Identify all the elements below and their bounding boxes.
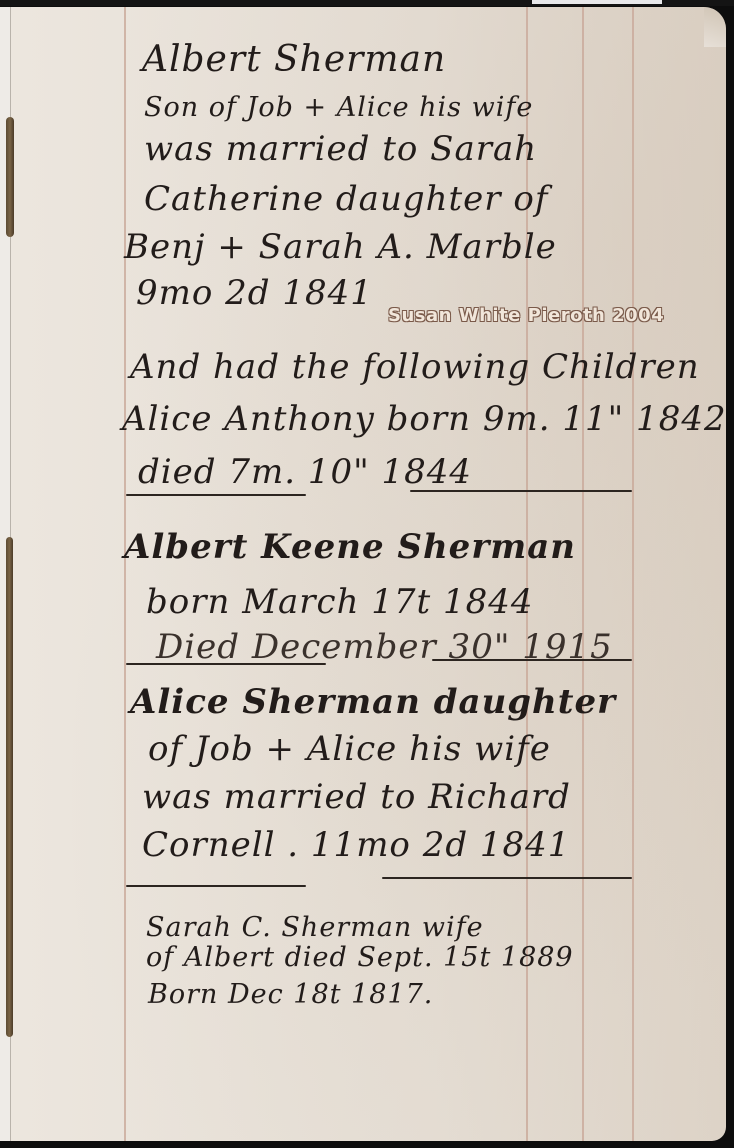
copyright-watermark: Susan White Pieroth 2004 xyxy=(388,305,664,326)
notebook-page: Albert Sherman Son of Job + Alice his wi… xyxy=(0,7,726,1141)
death-date-underline xyxy=(432,659,632,661)
entry-divider xyxy=(382,877,632,879)
entry-3-line-3: was married to Richard xyxy=(142,777,571,817)
binding-string xyxy=(6,537,13,1037)
entry-divider xyxy=(126,885,306,887)
scan-edge-highlight xyxy=(532,0,662,4)
entry-4-line-1: Sarah C. Sherman wife xyxy=(146,912,484,943)
margin-rule-line xyxy=(124,7,126,1141)
entry-divider xyxy=(410,490,632,492)
binding-string xyxy=(6,117,14,237)
entry-2-line-1: Albert Keene Sherman xyxy=(124,527,576,567)
entry-1-line-1: Albert Sherman xyxy=(142,39,446,80)
entry-2-line-3: Died December 30" 1915 xyxy=(156,627,613,667)
entry-2-line-2: born March 17t 1844 xyxy=(146,582,534,622)
entry-3-line-2: of Job + Alice his wife xyxy=(148,729,551,769)
column-rule-line xyxy=(632,7,634,1141)
scan-top-edge xyxy=(0,0,734,6)
entry-divider xyxy=(126,494,306,496)
entry-1-line-2: Son of Job + Alice his wife xyxy=(144,92,533,123)
entry-1-line-7: And had the following Children xyxy=(130,347,700,387)
entry-1-line-3: was married to Sarah xyxy=(144,129,537,169)
entry-1-line-5: Benj + Sarah A. Marble xyxy=(124,227,557,267)
entry-1-line-4: Catherine daughter of xyxy=(144,179,548,219)
entry-1-line-9: died 7m. 10" 1844 xyxy=(138,452,472,492)
entry-1-line-6: 9mo 2d 1841 xyxy=(136,273,373,313)
entry-3-line-1: Alice Sherman daughter xyxy=(130,682,616,722)
entry-1-line-8: Alice Anthony born 9m. 11" 1842 xyxy=(122,399,726,439)
column-rule-line xyxy=(582,7,584,1141)
entry-divider xyxy=(126,663,326,665)
page-corner-fold xyxy=(704,7,726,47)
entry-4-line-2: of Albert died Sept. 15t 1889 xyxy=(146,942,574,973)
entry-3-line-4: Cornell . 11mo 2d 1841 xyxy=(142,825,570,865)
entry-4-line-3: Born Dec 18t 1817. xyxy=(148,979,433,1010)
